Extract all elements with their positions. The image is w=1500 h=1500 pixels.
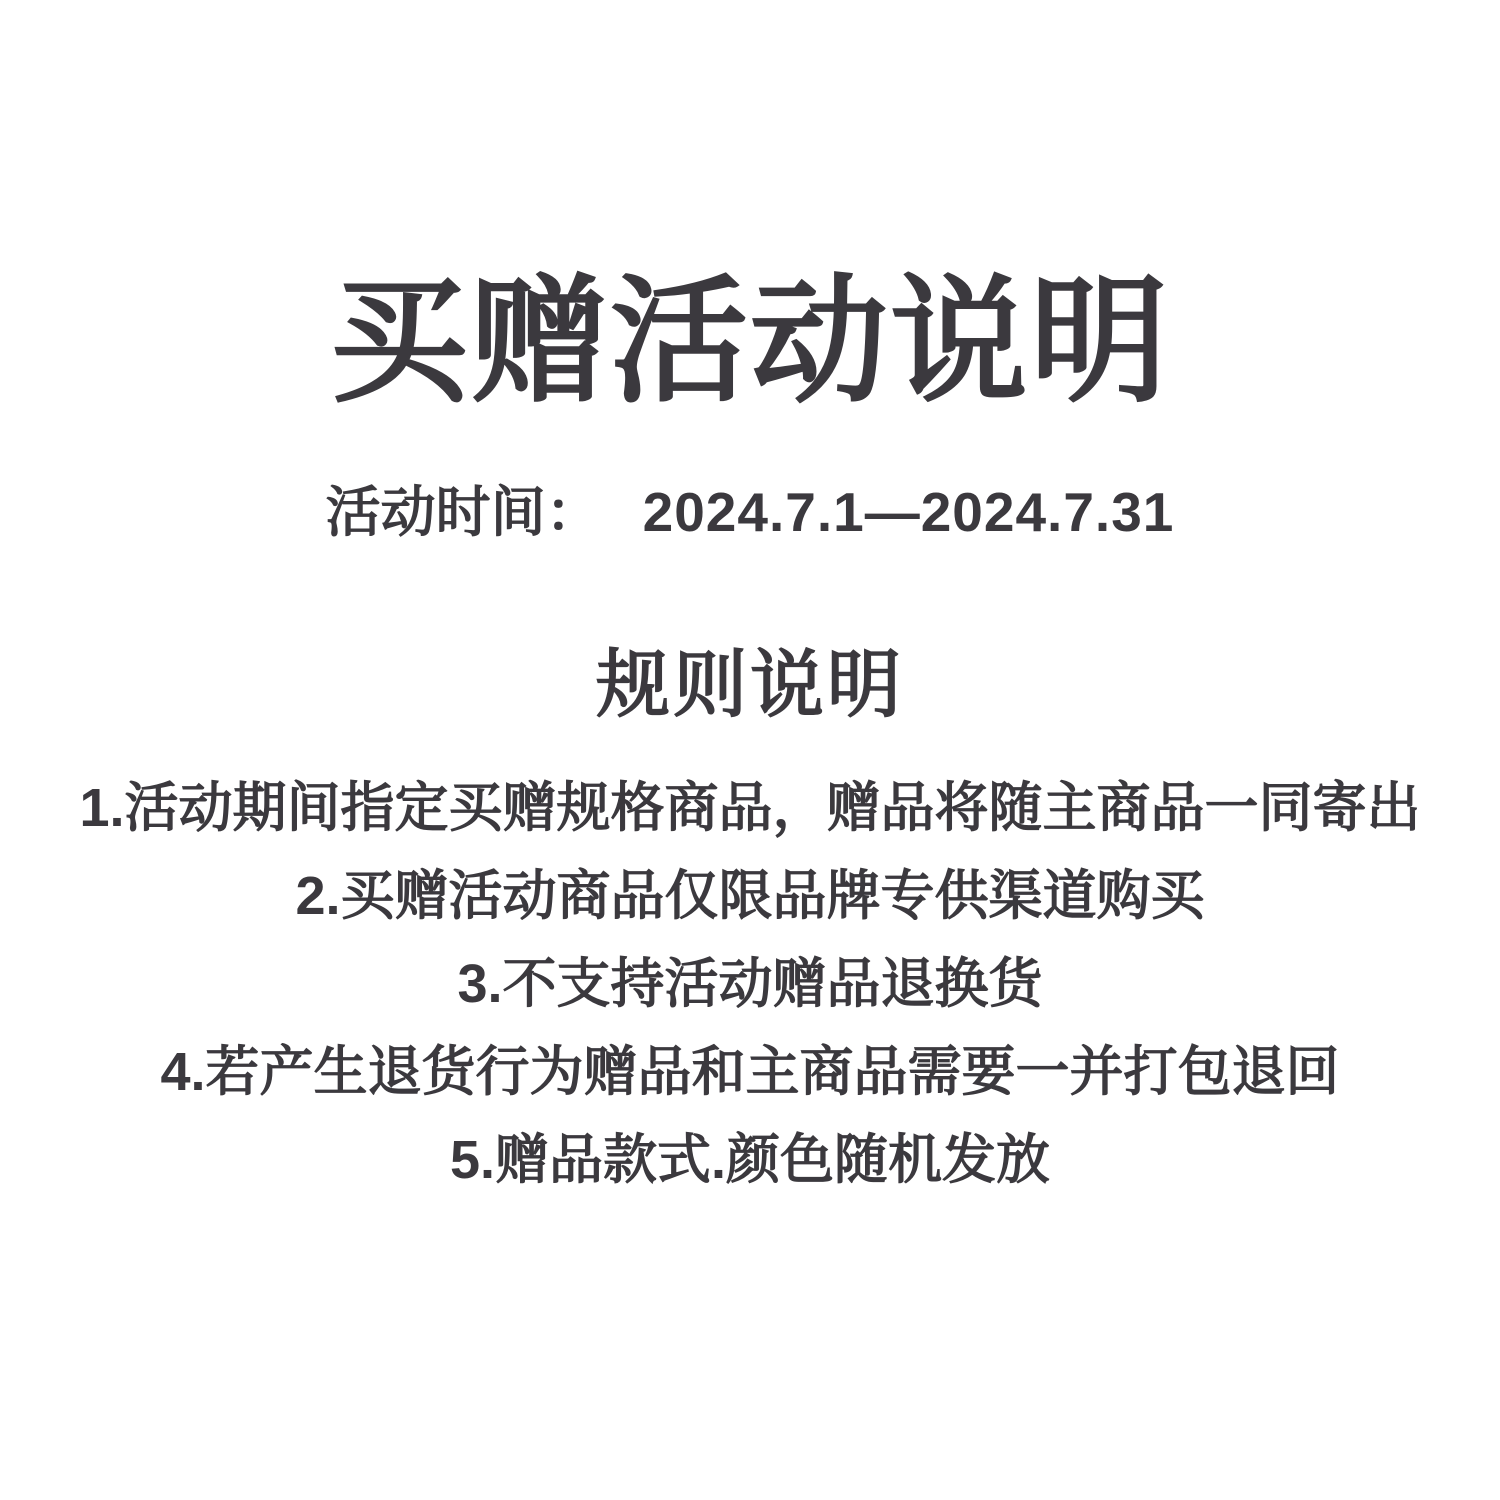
rules-heading: 规则说明 bbox=[0, 648, 1500, 722]
event-time: 活动时间：2024.7.1—2024.7.31 bbox=[0, 472, 1500, 552]
page-title: 买赠活动说明 bbox=[0, 258, 1500, 426]
rules-list: 1.活动期间指定买赠规格商品，赠品将随主商品一同寄出 2.买赠活动商品仅限品牌专… bbox=[0, 764, 1500, 1204]
rule-item-1: 1.活动期间指定买赠规格商品，赠品将随主商品一同寄出 bbox=[0, 764, 1500, 852]
rule-item-5: 5.赠品款式.颜色随机发放 bbox=[0, 1116, 1500, 1204]
rule-item-4: 4.若产生退货行为赠品和主商品需要一并打包退回 bbox=[0, 1028, 1500, 1116]
promo-notice: 买赠活动说明 活动时间：2024.7.1—2024.7.31 规则说明 1.活动… bbox=[0, 0, 1500, 1500]
rule-item-3: 3.不支持活动赠品退换货 bbox=[0, 940, 1500, 1028]
event-time-value: 2024.7.1—2024.7.31 bbox=[643, 481, 1175, 543]
rule-item-2: 2.买赠活动商品仅限品牌专供渠道购买 bbox=[0, 852, 1500, 940]
event-time-label: 活动时间： bbox=[326, 481, 601, 543]
